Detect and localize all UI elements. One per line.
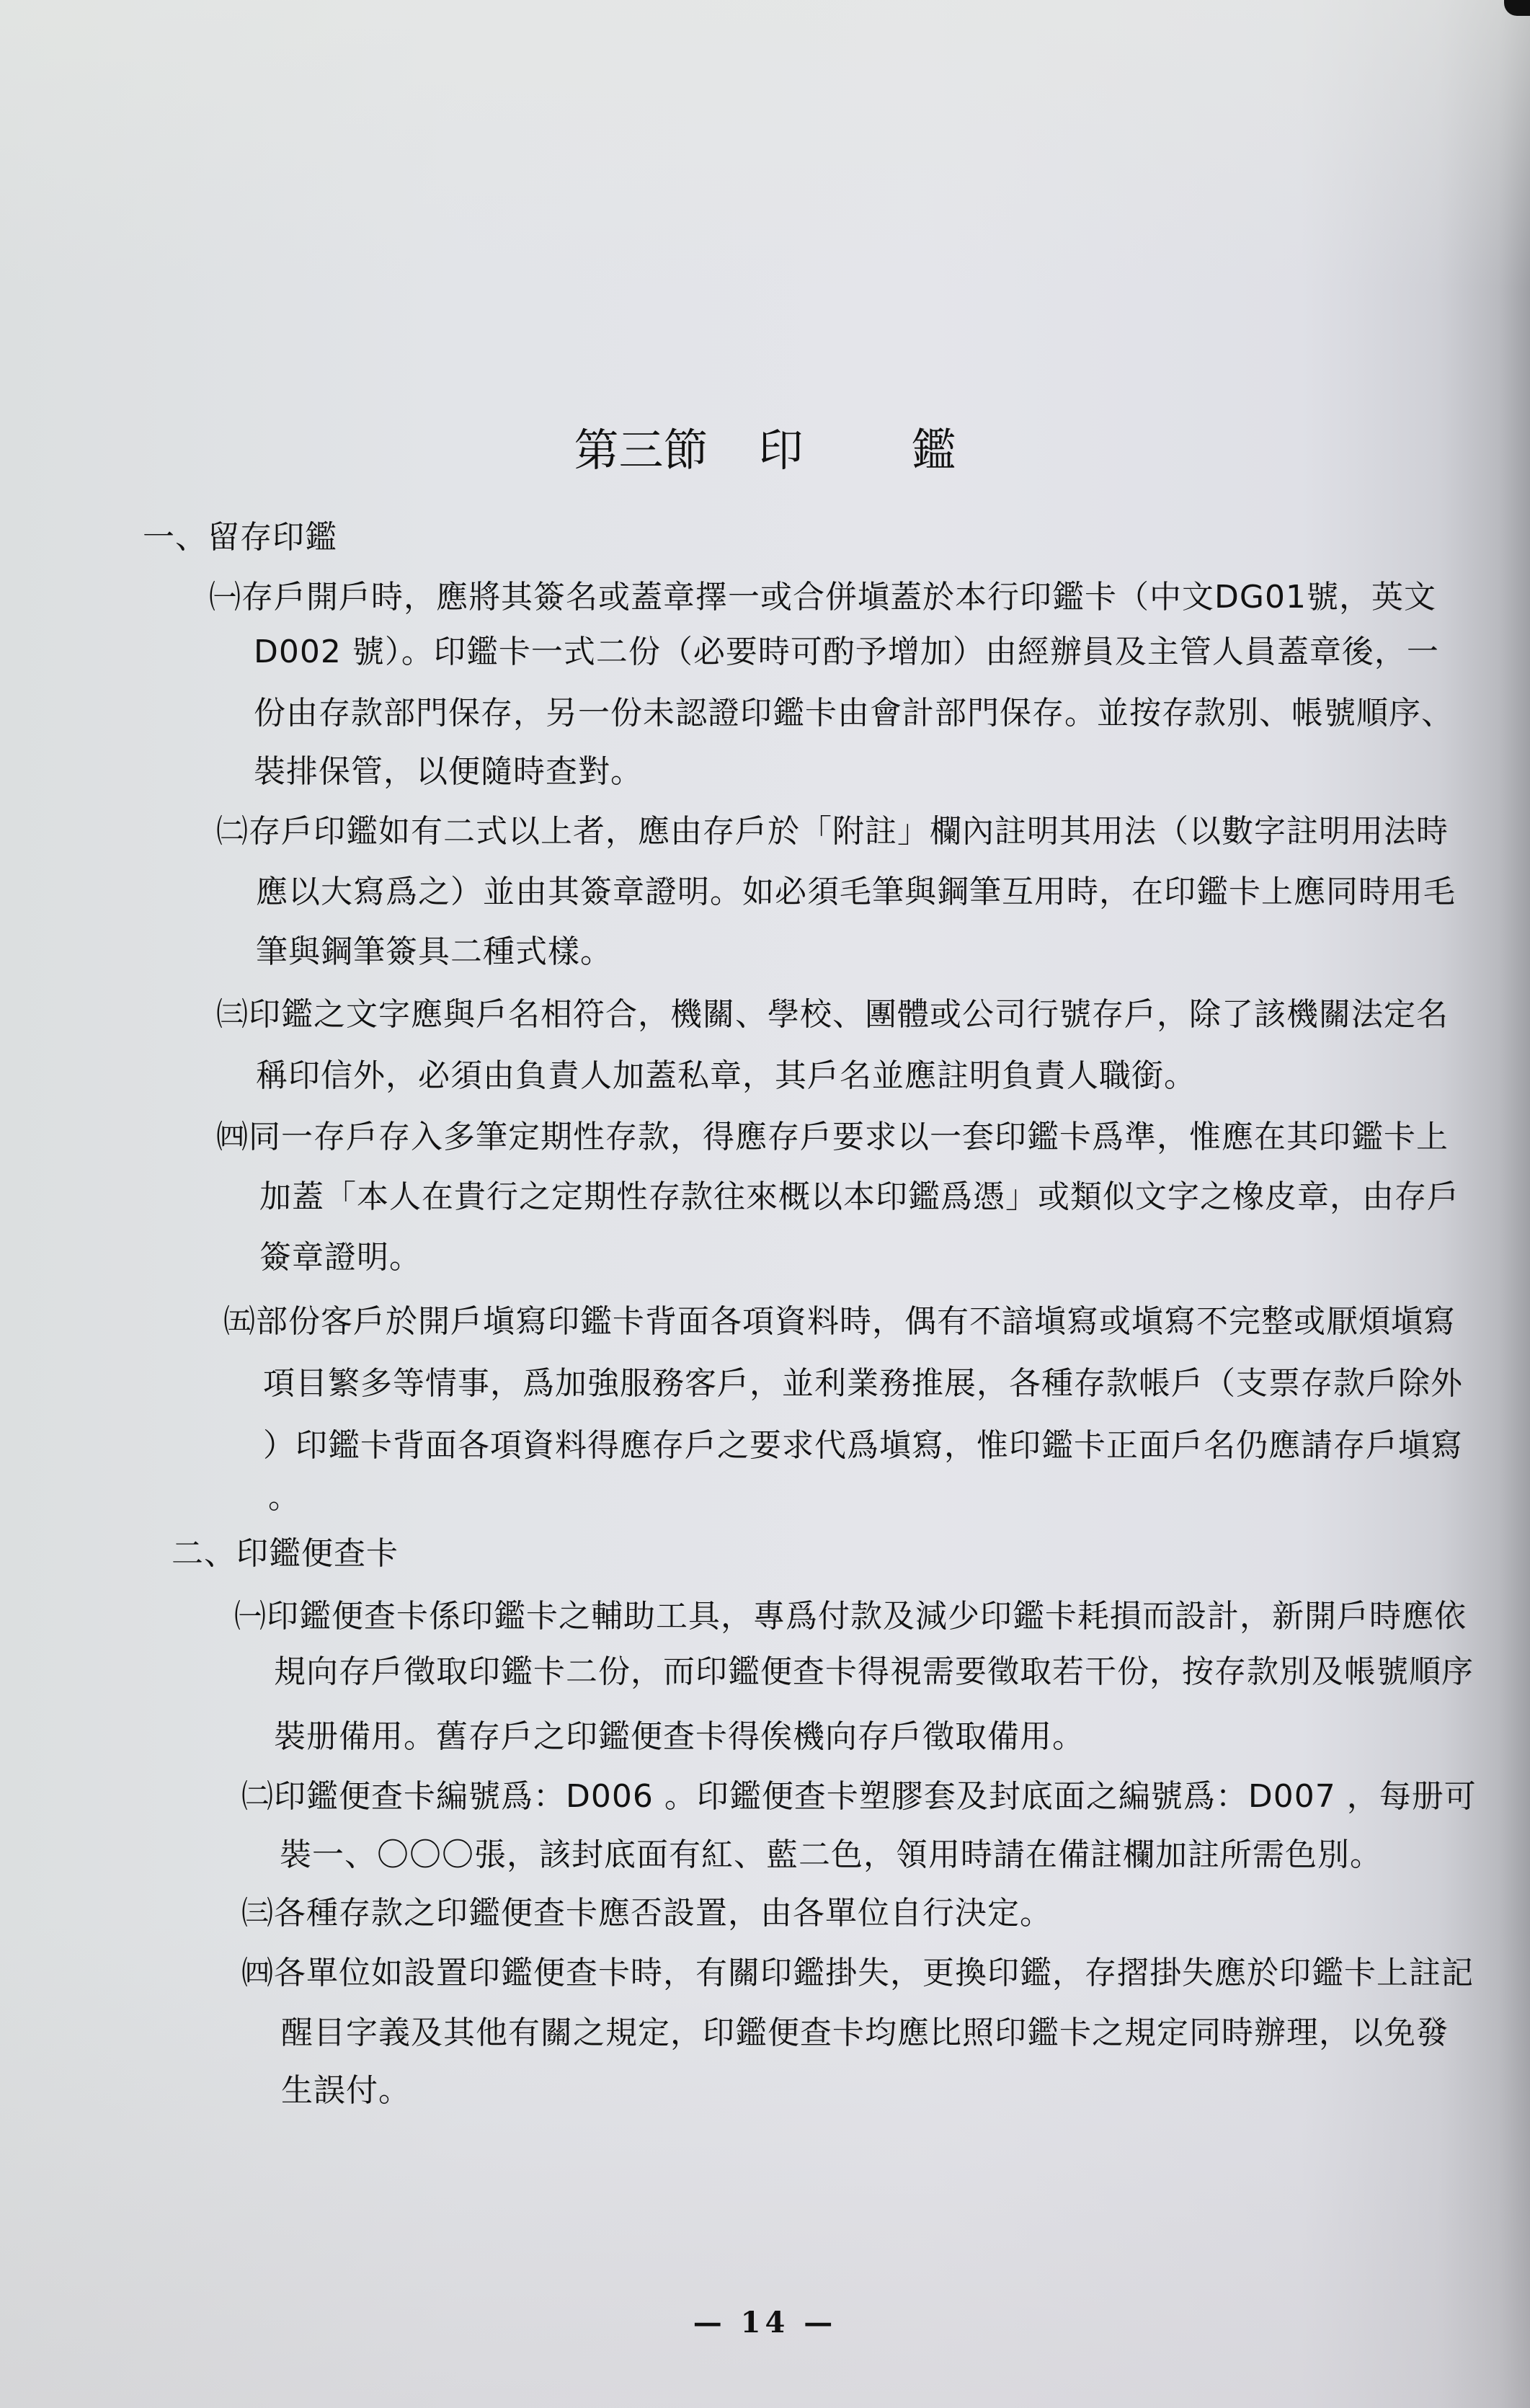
paragraph-line: ㈢各種存款之印鑑便查卡應否設置，由各單位自行決定。 [241, 1893, 1052, 1934]
page-number: — 14 — [0, 2305, 1530, 2341]
paragraph-line: ㈠存戶開戶時，應將其簽名或蓋章擇一或合併塡蓋於本行印鑑卡（中文DG01號，英文 [209, 577, 1436, 618]
section-heading-retain-seal: 一、留存印鑑 [143, 517, 337, 558]
paragraph-line: 簽章證明。 [259, 1238, 422, 1278]
paragraph-line: 生誤付。 [281, 2071, 411, 2111]
paragraph-line: 筆與鋼筆簽具二種式樣。 [256, 932, 613, 972]
paragraph-line: 醒目字義及其他有關之規定，印鑑便查卡均應比照印鑑卡之規定同時辦理，以免發 [281, 2013, 1449, 2053]
paragraph-line: ㈢印鑑之文字應與戶名相符合，機關、學校、團體或公司行號存戶，除了該機關法定名 [216, 995, 1449, 1035]
section-heading-seal-lookup-card: 二、印鑑便查卡 [172, 1534, 399, 1574]
paragraph-line: 裝排保管，以便隨時查對。 [254, 752, 643, 792]
paragraph-line: ㈣各單位如設置印鑑便查卡時，有關印鑑掛失，更換印鑑，存摺掛失應於印鑑卡上註記 [241, 1953, 1474, 1994]
paragraph-line: ㈡存戶印鑑如有二式以上者，應由存戶於「附註」欄內註明其用法（以數字註明用法時 [216, 812, 1449, 852]
page-corner-shadow [1504, 0, 1530, 16]
section-title: 第三節印鑑 [0, 422, 1530, 479]
section-title-word-1: 印 [758, 422, 803, 479]
paragraph-line: 裝一、〇〇〇張，該封底面有紅、藍二色，領用時請在備註欄加註所需色別。 [280, 1835, 1382, 1875]
paragraph-line: 加蓋「本人在貴行之定期性存款往來概以本印鑑爲憑」或類似文字之橡皮章，由存戶 [259, 1177, 1459, 1217]
paragraph-line: 規向存戶徵取印鑑卡二份，而印鑑便查卡得視需要徵取若干份，按存款別及帳號順序 [274, 1652, 1474, 1692]
section-title-number: 第三節 [574, 422, 708, 479]
section-title-word-2: 鑑 [912, 422, 956, 479]
paragraph-line: ㈡印鑑便查卡編號爲：D006 。印鑑便查卡塑膠套及封底面之編號爲：D007 ，每… [241, 1777, 1477, 1817]
paragraph-line: ㈣同一存戶存入多筆定期性存款，得應存戶要求以一套印鑑卡爲準，惟應在其印鑑卡上 [216, 1117, 1449, 1158]
paragraph-line: 應以大寫爲之）並由其簽章證明。如必須毛筆與鋼筆互用時，在印鑑卡上應同時用毛 [256, 872, 1456, 912]
paragraph-line: D002 號）。印鑑卡一式二份（必要時可酌予增加）由經辦員及主管人員蓋章後，一 [254, 632, 1439, 672]
paragraph-line: 項目繁多等情事，爲加強服務客戶，並利業務推展，各種存款帳戶（支票存款戶除外 [263, 1364, 1463, 1404]
paragraph-line: 裝册備用。舊存戶之印鑑便查卡得俟機向存戶徵取備用。 [274, 1717, 1085, 1757]
paragraph-line: ㈤部份客戶於開戶塡寫印鑑卡背面各項資料時，偶有不諳塡寫或塡寫不完整或厭煩塡寫 [223, 1302, 1456, 1342]
paragraph-line: ㈠印鑑便查卡係印鑑卡之輔助工具，專爲付款及減少印鑑卡耗損而設計，新開戶時應依 [234, 1596, 1467, 1637]
paragraph-line: 。 [268, 1478, 301, 1518]
paragraph-line: 稱印信外，必須由負責人加蓋私章，其戶名並應註明負責人職銜。 [256, 1056, 1196, 1096]
paragraph-line: ）印鑑卡背面各項資料得應存戶之要求代爲塡寫，惟印鑑卡正面戶名仍應請存戶塡寫 [263, 1426, 1463, 1466]
paragraph-line: 份由存款部門保存，另一份未認證印鑑卡由會計部門保存。並按存款別、帳號順序、 [254, 693, 1454, 734]
